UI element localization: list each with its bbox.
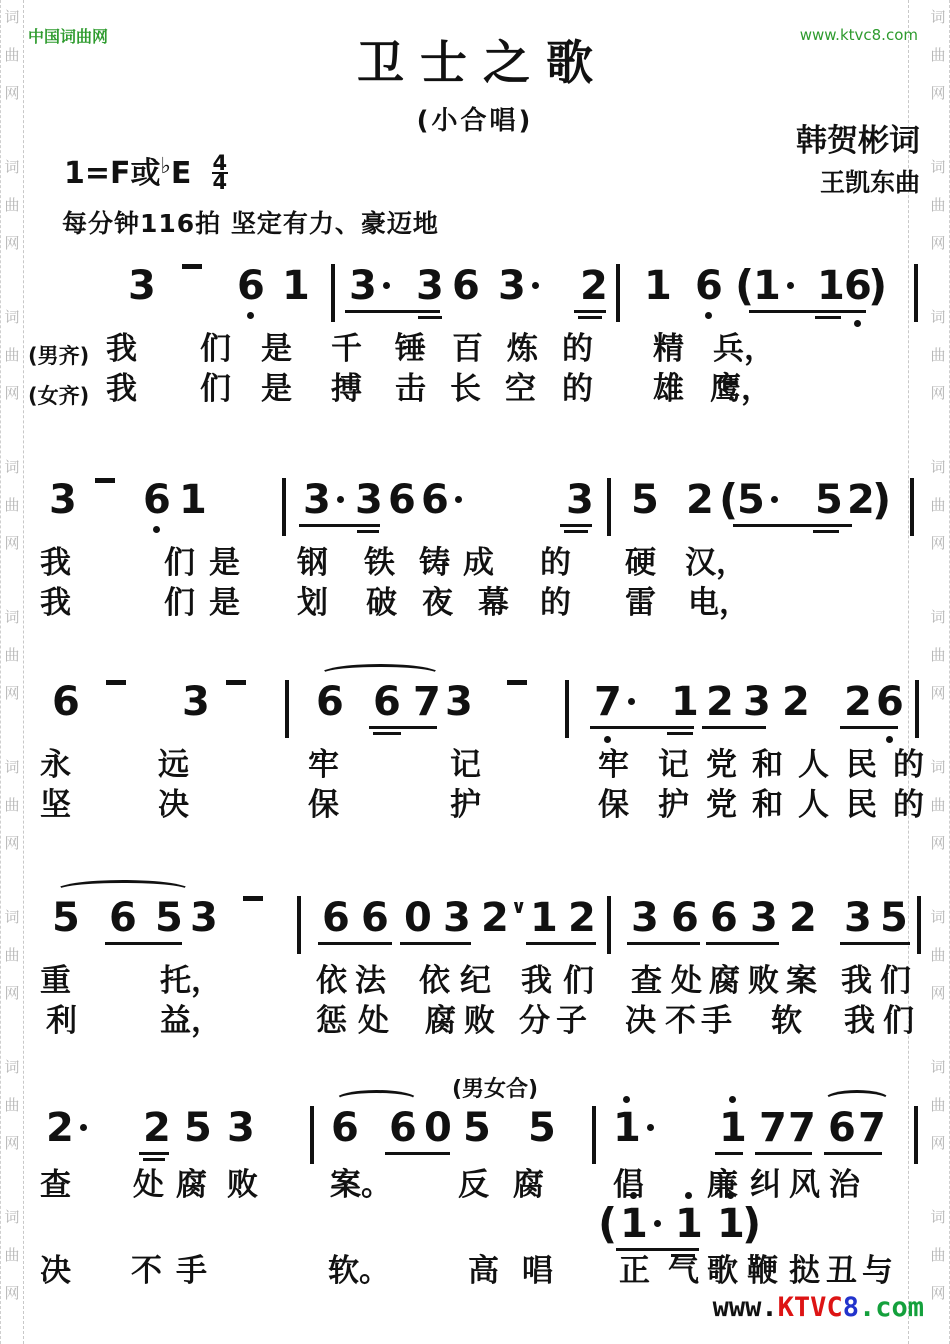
note: 3 [750, 896, 778, 940]
lyric-syllable: 铸 [419, 546, 450, 580]
lyric-syllable: 反 [458, 1168, 489, 1202]
augmentation-dot [532, 282, 539, 289]
note: 5 [463, 1106, 491, 1150]
note: 6 [828, 1106, 856, 1150]
site-logo-part: 8 [843, 1292, 859, 1323]
watermark-char: 曲 [4, 198, 19, 213]
beam-underline [590, 726, 694, 729]
lyric-syllable: 法 [355, 964, 386, 998]
lyric-syllable: 腐 [709, 964, 740, 998]
lyric-syllable: 决 [158, 788, 189, 822]
lyric-syllable: 的 [562, 332, 593, 366]
note: 1 [282, 264, 310, 308]
lyric-syllable: 廉 [707, 1168, 738, 1202]
sheet-music-page: 词曲网词曲网词曲网词曲网词曲网词曲网词曲网词曲网词曲网 词曲网词曲网词曲网词曲网… [0, 0, 950, 1344]
song-title: 卫士之歌 [0, 26, 950, 93]
barline [297, 896, 301, 954]
note: 6 [237, 264, 265, 308]
lyric-syllable: 我 [841, 964, 872, 998]
note: 3 [566, 478, 594, 522]
lyric-syllable: 败 [227, 1168, 258, 1202]
lyric-syllable: 依 [316, 964, 347, 998]
voice-part-label: (男齐) [28, 332, 89, 373]
note: 6 [331, 1106, 359, 1150]
note: 1 [644, 264, 672, 308]
breath-mark: ∨ [511, 896, 526, 918]
barline [910, 478, 914, 536]
slur-arc [824, 1090, 890, 1110]
lyric-syllable: 决 [40, 1254, 71, 1288]
slur-arc [335, 1090, 418, 1110]
beam-underline [824, 1152, 882, 1155]
lyric-syllable: 保 [598, 788, 629, 822]
note: 6 [373, 680, 401, 724]
beam-underline [299, 524, 380, 527]
site-logo-part: www. [713, 1292, 778, 1323]
lyric-syllable: 精 [653, 332, 684, 366]
barline [331, 264, 335, 322]
voice-part-label: (女齐) [28, 372, 89, 413]
lyric-syllable: 幕 [478, 586, 509, 620]
augmentation-dot [628, 698, 635, 705]
lyric-syllable: 们 [563, 964, 594, 998]
octave-dot-below [153, 526, 160, 533]
lyric-syllable: 人 [798, 748, 829, 782]
duration-dash [226, 680, 246, 685]
time-bottom: 4 [213, 170, 228, 194]
lyric-syllable: 依 [419, 964, 450, 998]
parenthesis: ( [719, 478, 738, 522]
note: 2 [686, 478, 714, 522]
octave-dot-below [247, 312, 254, 319]
duration-dash [243, 896, 263, 901]
augmentation-dot [787, 282, 794, 289]
site-logo-part: .com [859, 1292, 924, 1323]
note: 6 [322, 896, 350, 940]
lyric-syllable: 丑 [826, 1254, 857, 1288]
note: 1 [717, 1202, 745, 1246]
note: 3 [844, 896, 872, 940]
octave-dot-above [685, 1192, 692, 1199]
beam-underline [564, 530, 588, 533]
lyric-syllable: 气 [668, 1254, 699, 1288]
beam-underline [749, 310, 866, 313]
lyric-syllable: 处 [671, 964, 702, 998]
note: 2 [789, 896, 817, 940]
note: 1 [613, 1106, 641, 1150]
lyric-syllable: 搏 [331, 372, 362, 406]
augmentation-dot [654, 1220, 661, 1227]
note: 2 [46, 1106, 74, 1150]
lyric-syllable: 民 [846, 788, 877, 822]
lyric-syllable: 坚 [40, 788, 71, 822]
lyric-syllable: 党 [706, 788, 737, 822]
note: 3 [49, 478, 77, 522]
beam-underline [369, 726, 437, 729]
octave-dot-below [854, 320, 861, 327]
lyric-syllable: 击 [395, 372, 426, 406]
note: 2 [782, 680, 810, 724]
lyric-syllable: 是 [209, 546, 240, 580]
barline [914, 264, 918, 322]
lyric-syllable: 汉， [685, 546, 747, 580]
voice-label: (男女合) [452, 1072, 538, 1103]
lyric-syllable: 党 [706, 748, 737, 782]
barline [607, 478, 611, 536]
note: 6 [421, 478, 449, 522]
note: 6 [316, 680, 344, 724]
lyric-syllable: 远 [158, 748, 189, 782]
note: 1 [817, 264, 845, 308]
note: 3 [743, 680, 771, 724]
note: 6 [452, 264, 480, 308]
lyric-syllable: 护 [450, 788, 481, 822]
lyric-syllable: 我 [106, 332, 137, 366]
note: 1 [179, 478, 207, 522]
lyric-syllable: 锤 [395, 332, 426, 366]
lyric-syllable: 鹰， [710, 372, 772, 406]
beam-underline [706, 942, 779, 945]
note: 3 [355, 478, 383, 522]
note: 6 [361, 896, 389, 940]
note: 3 [443, 896, 471, 940]
note: 5 [528, 1106, 556, 1150]
octave-dot-below [604, 736, 611, 743]
beam-underline [400, 942, 471, 945]
barline [310, 1106, 314, 1164]
lyric-syllable: 重 [40, 964, 71, 998]
key-note1: F [110, 156, 131, 191]
lyricist-credit: 韩贺彬词 [796, 124, 920, 158]
beam-underline [318, 942, 392, 945]
key-signature: 1=F或♭E 4 4 [64, 148, 228, 192]
lyric-syllable: 腐 [513, 1168, 544, 1202]
lyric-syllable: 益， [160, 1004, 222, 1038]
note: 7 [858, 1106, 886, 1150]
note: 3 [182, 680, 210, 724]
lyric-syllable: 唱 [522, 1254, 553, 1288]
barline [282, 478, 286, 536]
parenthesis: ) [872, 478, 891, 522]
lyric-syllable: 划 [297, 586, 328, 620]
note: 6 [695, 264, 723, 308]
augmentation-dot [337, 496, 344, 503]
lyric-syllable: 我 [106, 372, 137, 406]
lyric-syllable: 处 [358, 1004, 389, 1038]
note: 2 [568, 896, 596, 940]
lyric-syllable: 雷 [625, 586, 656, 620]
watermark-char: 网 [930, 236, 945, 251]
beam-underline [667, 732, 693, 735]
beam-underline [702, 726, 766, 729]
lyric-syllable: 高 [468, 1254, 499, 1288]
note: 1 [675, 1202, 703, 1246]
key-num: 1 [64, 156, 85, 191]
lyric-syllable: 是 [209, 586, 240, 620]
lyric-syllable: 硬 [625, 546, 656, 580]
lyric-syllable: 的 [893, 788, 924, 822]
lyric-syllable: 不 [131, 1254, 162, 1288]
lyric-syllable: 利 [46, 1004, 77, 1038]
lyric-syllable: 是 [261, 332, 292, 366]
watermark-char: 词 [4, 10, 19, 25]
key-or: 或 [131, 156, 161, 191]
lyric-syllable: 和 [752, 748, 783, 782]
note: 2 [580, 264, 608, 308]
lyric-syllable: 的 [562, 372, 593, 406]
lyric-syllable: 电， [688, 586, 750, 620]
lyric-syllable: 空 [505, 372, 536, 406]
lyric-syllable: 手 [176, 1254, 207, 1288]
lyric-syllable: 子 [556, 1004, 587, 1038]
lyric-syllable: 风 [789, 1168, 820, 1202]
note: 3 [190, 896, 218, 940]
note: 2 [706, 680, 734, 724]
tempo-marking: 每分钟116拍 坚定有力、豪迈地 [62, 204, 439, 240]
note: 6 [710, 896, 738, 940]
note: 5 [815, 478, 843, 522]
note: 6 [143, 478, 171, 522]
lyric-syllable: 惩 [316, 1004, 347, 1038]
site-logo: www.KTVC8.com [713, 1292, 924, 1323]
note: 3 [498, 264, 526, 308]
lyric-syllable: 与 [862, 1254, 893, 1288]
slur-arc [320, 664, 440, 684]
note: 3 [631, 896, 659, 940]
note: 1 [620, 1202, 648, 1246]
lyric-syllable: 永 [40, 748, 71, 782]
note: 5 [737, 478, 765, 522]
lyric-syllable: 雄 [653, 372, 684, 406]
watermark-char: 曲 [930, 198, 945, 213]
lyric-syllable: 破 [366, 586, 397, 620]
parenthesis: ) [868, 264, 887, 308]
note: 2 [481, 896, 509, 940]
lyric-syllable: 败 [748, 964, 779, 998]
lyric-syllable: 我 [521, 964, 552, 998]
music-system: 3613366352(552)我们是钢铁铸成的硬汉，我们是划破夜幕的雷电， [0, 478, 950, 678]
barline [565, 680, 569, 738]
note: 6 [388, 478, 416, 522]
note: 6 [671, 896, 699, 940]
augmentation-dot [647, 1124, 654, 1131]
beam-underline [840, 942, 910, 945]
lyric-syllable: 夜 [422, 586, 453, 620]
augmentation-dot [771, 496, 778, 503]
augmentation-dot [80, 1124, 87, 1131]
note: 0 [404, 896, 432, 940]
lyric-syllable: 我 [844, 1004, 875, 1038]
beam-underline [373, 732, 401, 735]
lyric-syllable: 的 [540, 586, 571, 620]
duration-dash [95, 478, 115, 483]
lyric-syllable: 治 [829, 1168, 860, 1202]
beam-underline [357, 530, 379, 533]
music-system: 225366055117767(111)(男女合)查处腐败案。反腐倡廉纠风治决不… [0, 1106, 950, 1306]
beam-underline [143, 1158, 165, 1161]
lyric-syllable: 人 [798, 788, 829, 822]
lyric-syllable: 纠 [750, 1168, 781, 1202]
note: 5 [631, 478, 659, 522]
beam-underline [574, 310, 606, 313]
octave-dot-below [886, 736, 893, 743]
lyric-syllable: 查 [631, 964, 662, 998]
duration-dash [507, 680, 527, 685]
note: 3 [227, 1106, 255, 1150]
barline [616, 264, 620, 322]
lyric-syllable: 和 [752, 788, 783, 822]
beam-underline [627, 942, 700, 945]
lyric-syllable: 手 [701, 1004, 732, 1038]
note: 2 [847, 478, 875, 522]
lyric-syllable: 倡 [613, 1168, 644, 1202]
lyric-syllable: 们 [200, 332, 231, 366]
note: 1 [753, 264, 781, 308]
note: 6 [109, 896, 137, 940]
lyric-syllable: 记 [450, 748, 481, 782]
note: 5 [155, 896, 183, 940]
note: 2 [143, 1106, 171, 1150]
note: 3 [416, 264, 444, 308]
lyric-syllable: 的 [540, 546, 571, 580]
beam-underline [715, 1152, 743, 1155]
lyric-syllable: 们 [880, 964, 911, 998]
lyric-syllable: 铁 [364, 546, 395, 580]
lyric-syllable: 牢 [308, 748, 339, 782]
lyric-syllable: 们 [883, 1004, 914, 1038]
watermark-char: 词 [4, 160, 19, 175]
music-system: 565366032∨123663235重托，依法依纪我们查处腐败案我们利益，惩处… [0, 896, 950, 1096]
lyric-syllable: 托， [160, 964, 222, 998]
lyric-syllable: 处 [133, 1168, 164, 1202]
composer-credit: 王凯东曲 [820, 163, 920, 199]
music-system: 6366737123226永远牢记牢记党和人民的坚决保护保护党和人民的 [0, 680, 950, 880]
lyric-syllable: 牢 [598, 748, 629, 782]
lyric-syllable: 歌 [707, 1254, 738, 1288]
beam-underline [755, 1152, 812, 1155]
lyric-syllable: 千 [331, 332, 362, 366]
key-equals: = [85, 156, 110, 191]
lyric-syllable: 纪 [460, 964, 491, 998]
note: 7 [788, 1106, 816, 1150]
note: 5 [880, 896, 908, 940]
barline [914, 1106, 918, 1164]
watermark-char: 词 [930, 160, 945, 175]
note: 7 [413, 680, 441, 724]
octave-dot-below [705, 312, 712, 319]
duration-dash [106, 680, 126, 685]
beam-underline [840, 726, 898, 729]
parenthesis: ) [742, 1202, 761, 1246]
slur-arc [56, 880, 190, 900]
lyric-syllable: 腐 [425, 1004, 456, 1038]
lyric-syllable: 分 [519, 1004, 550, 1038]
beam-underline [105, 942, 182, 945]
lyric-syllable: 挞 [789, 1254, 820, 1288]
lyric-syllable: 不 [665, 1004, 696, 1038]
beam-underline [578, 316, 602, 319]
note: 5 [184, 1106, 212, 1150]
site-logo-part: KTVC [778, 1292, 843, 1323]
beam-underline [385, 1152, 450, 1155]
note: 7 [759, 1106, 787, 1150]
note: 3 [349, 264, 377, 308]
key-note2: E [171, 156, 192, 191]
watermark-char: 网 [4, 236, 19, 251]
note: 0 [424, 1106, 452, 1150]
note: 3 [445, 680, 473, 724]
augmentation-dot [455, 496, 462, 503]
lyric-syllable: 我 [40, 546, 71, 580]
note: 6 [389, 1106, 417, 1150]
lyric-syllable: 记 [658, 748, 689, 782]
beam-underline [733, 524, 852, 527]
beam-underline [418, 316, 442, 319]
barline [285, 680, 289, 738]
beam-underline [560, 524, 592, 527]
lyric-syllable: 们 [164, 546, 195, 580]
lyric-syllable: 正 [619, 1254, 650, 1288]
lyric-syllable: 长 [450, 372, 481, 406]
lyric-syllable: 兵， [713, 332, 775, 366]
lyric-syllable: 我 [40, 586, 71, 620]
note: 1 [719, 1106, 747, 1150]
lyric-syllable: 钢 [297, 546, 328, 580]
parenthesis: ( [735, 264, 754, 308]
barline [917, 896, 921, 954]
lyric-syllable: 的 [893, 748, 924, 782]
barline [592, 1106, 596, 1164]
beam-underline [345, 310, 440, 313]
lyric-syllable: 民 [846, 748, 877, 782]
note: 5 [52, 896, 80, 940]
flat-sign: ♭ [161, 154, 171, 179]
lyric-syllable: 鞭 [747, 1254, 778, 1288]
octave-dot-above [729, 1096, 736, 1103]
lyric-syllable: 查 [40, 1168, 71, 1202]
barline [607, 896, 611, 954]
octave-dot-above [623, 1096, 630, 1103]
duration-dash [182, 264, 202, 269]
note: 1 [671, 680, 699, 724]
augmentation-dot [383, 282, 390, 289]
beam-underline [139, 1152, 169, 1155]
note: 3 [303, 478, 331, 522]
beam-underline [813, 530, 839, 533]
beam-underline [526, 942, 596, 945]
beam-underline [616, 1248, 699, 1251]
lyric-syllable: 腐 [176, 1168, 207, 1202]
note: 2 [844, 680, 872, 724]
note: 6 [876, 680, 904, 724]
note: 7 [594, 680, 622, 724]
beam-underline [815, 316, 841, 319]
note: 6 [52, 680, 80, 724]
lyric-syllable: 保 [308, 788, 339, 822]
parenthesis: ( [598, 1202, 617, 1246]
watermark-char: 词 [930, 10, 945, 25]
lyric-syllable: 们 [200, 372, 231, 406]
lyric-syllable: 败 [464, 1004, 495, 1038]
lyric-syllable: 护 [658, 788, 689, 822]
lyric-syllable: 案 [786, 964, 817, 998]
lyric-syllable: 案。 [330, 1168, 392, 1202]
lyric-syllable: 成 [463, 546, 494, 580]
lyric-syllable: 炼 [507, 332, 538, 366]
lyric-syllable: 是 [261, 372, 292, 406]
note: 1 [530, 896, 558, 940]
note: 3 [128, 264, 156, 308]
